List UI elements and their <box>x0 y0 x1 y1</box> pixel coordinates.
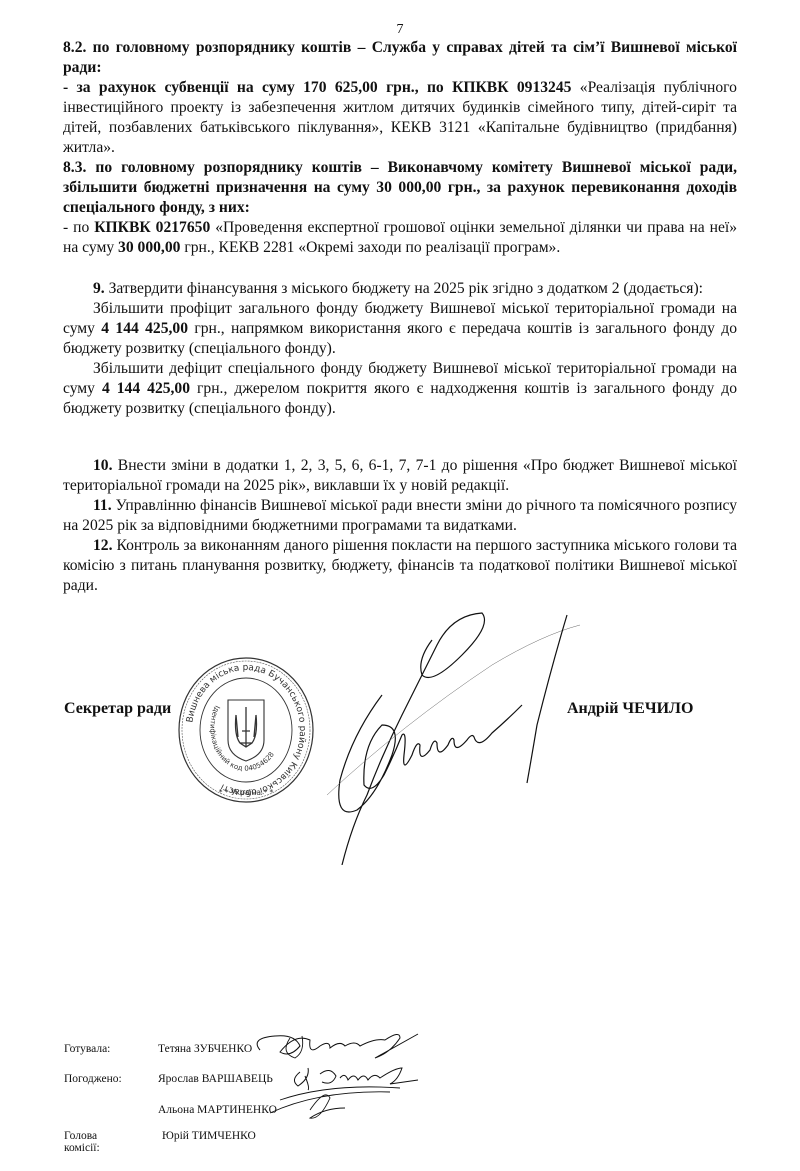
section-text: Затвердити фінансування з міського бюдже… <box>105 280 703 297</box>
section-8-3-heading: 8.3. по головному розпоряднику коштів – … <box>63 158 737 218</box>
svg-text:Ідентифікаційний код 04054628: Ідентифікаційний код 04054628 <box>208 704 276 773</box>
signer-title: Секретар ради <box>64 700 171 718</box>
item-amount: 30 000,00 <box>118 239 180 256</box>
section-text: Контроль за виконанням даного рішення по… <box>63 537 737 594</box>
approval-name: Тетяна ЗУБЧЕНКО <box>158 1043 252 1055</box>
item-code: КПКВК 0217650 <box>94 219 210 236</box>
para-amount: 4 144 425,00 <box>102 380 190 397</box>
section-8-2-item-bold: - за рахунок субвенції на суму 170 625,0… <box>63 79 571 96</box>
official-stamp-icon: Вишнева міська рада Бучанського району К… <box>176 655 316 805</box>
section-9-para-1: Збільшити профіцит загального фонду бюдж… <box>63 299 737 359</box>
section-number: 10. <box>93 457 113 474</box>
page-number: 7 <box>0 22 800 38</box>
para-amount: 4 144 425,00 <box>101 320 188 337</box>
section-9-intro: 9. Затвердити фінансування з міського бю… <box>63 279 737 299</box>
approval-label: Погоджено: <box>64 1073 122 1085</box>
section-10: 10. Внести зміни в додатки 1, 2, 3, 5, 6… <box>63 456 737 496</box>
approval-label: Готувала: <box>64 1043 110 1055</box>
signature-icon <box>322 605 582 865</box>
stamp-inner-text: Ідентифікаційний код 04054628 <box>208 704 276 773</box>
section-12: 12. Контроль за виконанням даного рішенн… <box>63 536 737 596</box>
section-11: 11. Управлінню фінансів Вишневої міської… <box>63 496 737 536</box>
section-text: Внести зміни в додатки 1, 2, 3, 5, 6, 6-… <box>63 457 737 494</box>
section-number: 12. <box>93 537 113 554</box>
sections-10-12: 10. Внести зміни в додатки 1, 2, 3, 5, 6… <box>63 456 737 596</box>
approval-signatures-icon <box>250 1028 420 1138</box>
section-9-para-2: Збільшити дефіцит спеціального фонду бюд… <box>63 359 737 419</box>
item-text-2: грн., КЕКВ 2281 «Окремі заходи по реаліз… <box>180 239 560 256</box>
item-prefix: - по <box>63 219 94 236</box>
section-number: 11. <box>93 497 112 514</box>
section-8-2-heading: 8.2. по головному розпоряднику коштів – … <box>63 38 737 78</box>
section-8-3-item: - по КПКВК 0217650 «Проведення експертно… <box>63 218 737 258</box>
approval-label: Голова комісії: <box>64 1130 100 1154</box>
signer-name: Андрій ЧЕЧИЛО <box>567 700 693 718</box>
section-8-3: 8.3. по головному розпоряднику коштів – … <box>63 158 737 258</box>
section-9: 9. Затвердити фінансування з міського бю… <box>63 279 737 419</box>
section-text: Управлінню фінансів Вишневої міської рад… <box>63 497 737 534</box>
stamp-bottom-text: * * Україна * * <box>219 788 274 797</box>
approval-name: Юрій ТИМЧЕНКО <box>162 1130 256 1142</box>
section-number: 9. <box>93 280 105 297</box>
section-8-2: 8.2. по головному розпоряднику коштів – … <box>63 38 737 158</box>
section-8-2-item: - за рахунок субвенції на суму 170 625,0… <box>63 78 737 158</box>
